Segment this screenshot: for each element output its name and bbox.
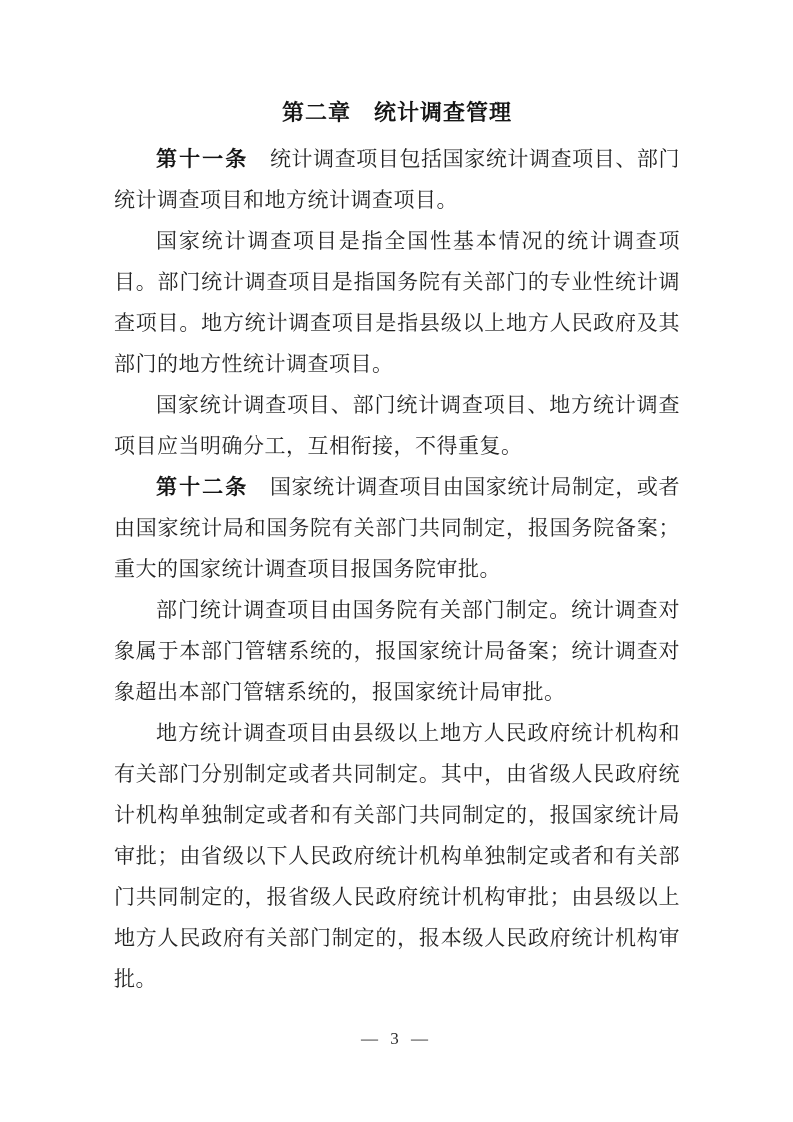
document-page: 第二章 统计调查管理 第十一条 统计调查项目包括国家统计调查项目、部门统计调查项… xyxy=(0,0,793,1122)
paragraph-department-projects: 部门统计调查项目由国务院有关部门制定。统计调查对象属于本部门管辖系统的，报国家统… xyxy=(114,590,680,713)
article-12-number: 第十二条 xyxy=(156,476,248,499)
paragraph-national-definition: 国家统计调查项目是指全国性基本情况的统计调查项目。部门统计调查项目是指国务院有关… xyxy=(114,221,680,385)
article-11-number: 第十一条 xyxy=(156,148,248,171)
paragraph-2-text: 国家统计调查项目是指全国性基本情况的统计调查项目。部门统计调查项目是指国务院有关… xyxy=(114,229,680,376)
paragraph-local-projects: 地方统计调查项目由县级以上地方人民政府统计机构和有关部门分别制定或者共同制定。其… xyxy=(114,713,680,1000)
paragraph-article-11: 第十一条 统计调查项目包括国家统计调查项目、部门统计调查项目和地方统计调查项目。 xyxy=(114,139,680,221)
page-number: — 3 — xyxy=(0,1028,793,1050)
paragraph-6-text: 地方统计调查项目由县级以上地方人民政府统计机构和有关部门分别制定或者共同制定。其… xyxy=(114,721,680,991)
paragraph-3-text: 国家统计调查项目、部门统计调查项目、地方统计调查项目应当明确分工，互相衔接，不得… xyxy=(114,393,680,458)
document-content: 第二章 统计调查管理 第十一条 统计调查项目包括国家统计调查项目、部门统计调查项… xyxy=(114,96,680,1000)
paragraph-5-text: 部门统计调查项目由国务院有关部门制定。统计调查对象属于本部门管辖系统的，报国家统… xyxy=(114,598,680,704)
paragraph-article-12: 第十二条 国家统计调查项目由国家统计局制定，或者由国家统计局和国务院有关部门共同… xyxy=(114,467,680,590)
paragraph-division-of-work: 国家统计调查项目、部门统计调查项目、地方统计调查项目应当明确分工，互相衔接，不得… xyxy=(114,385,680,467)
chapter-title: 第二章 统计调查管理 xyxy=(114,96,680,130)
